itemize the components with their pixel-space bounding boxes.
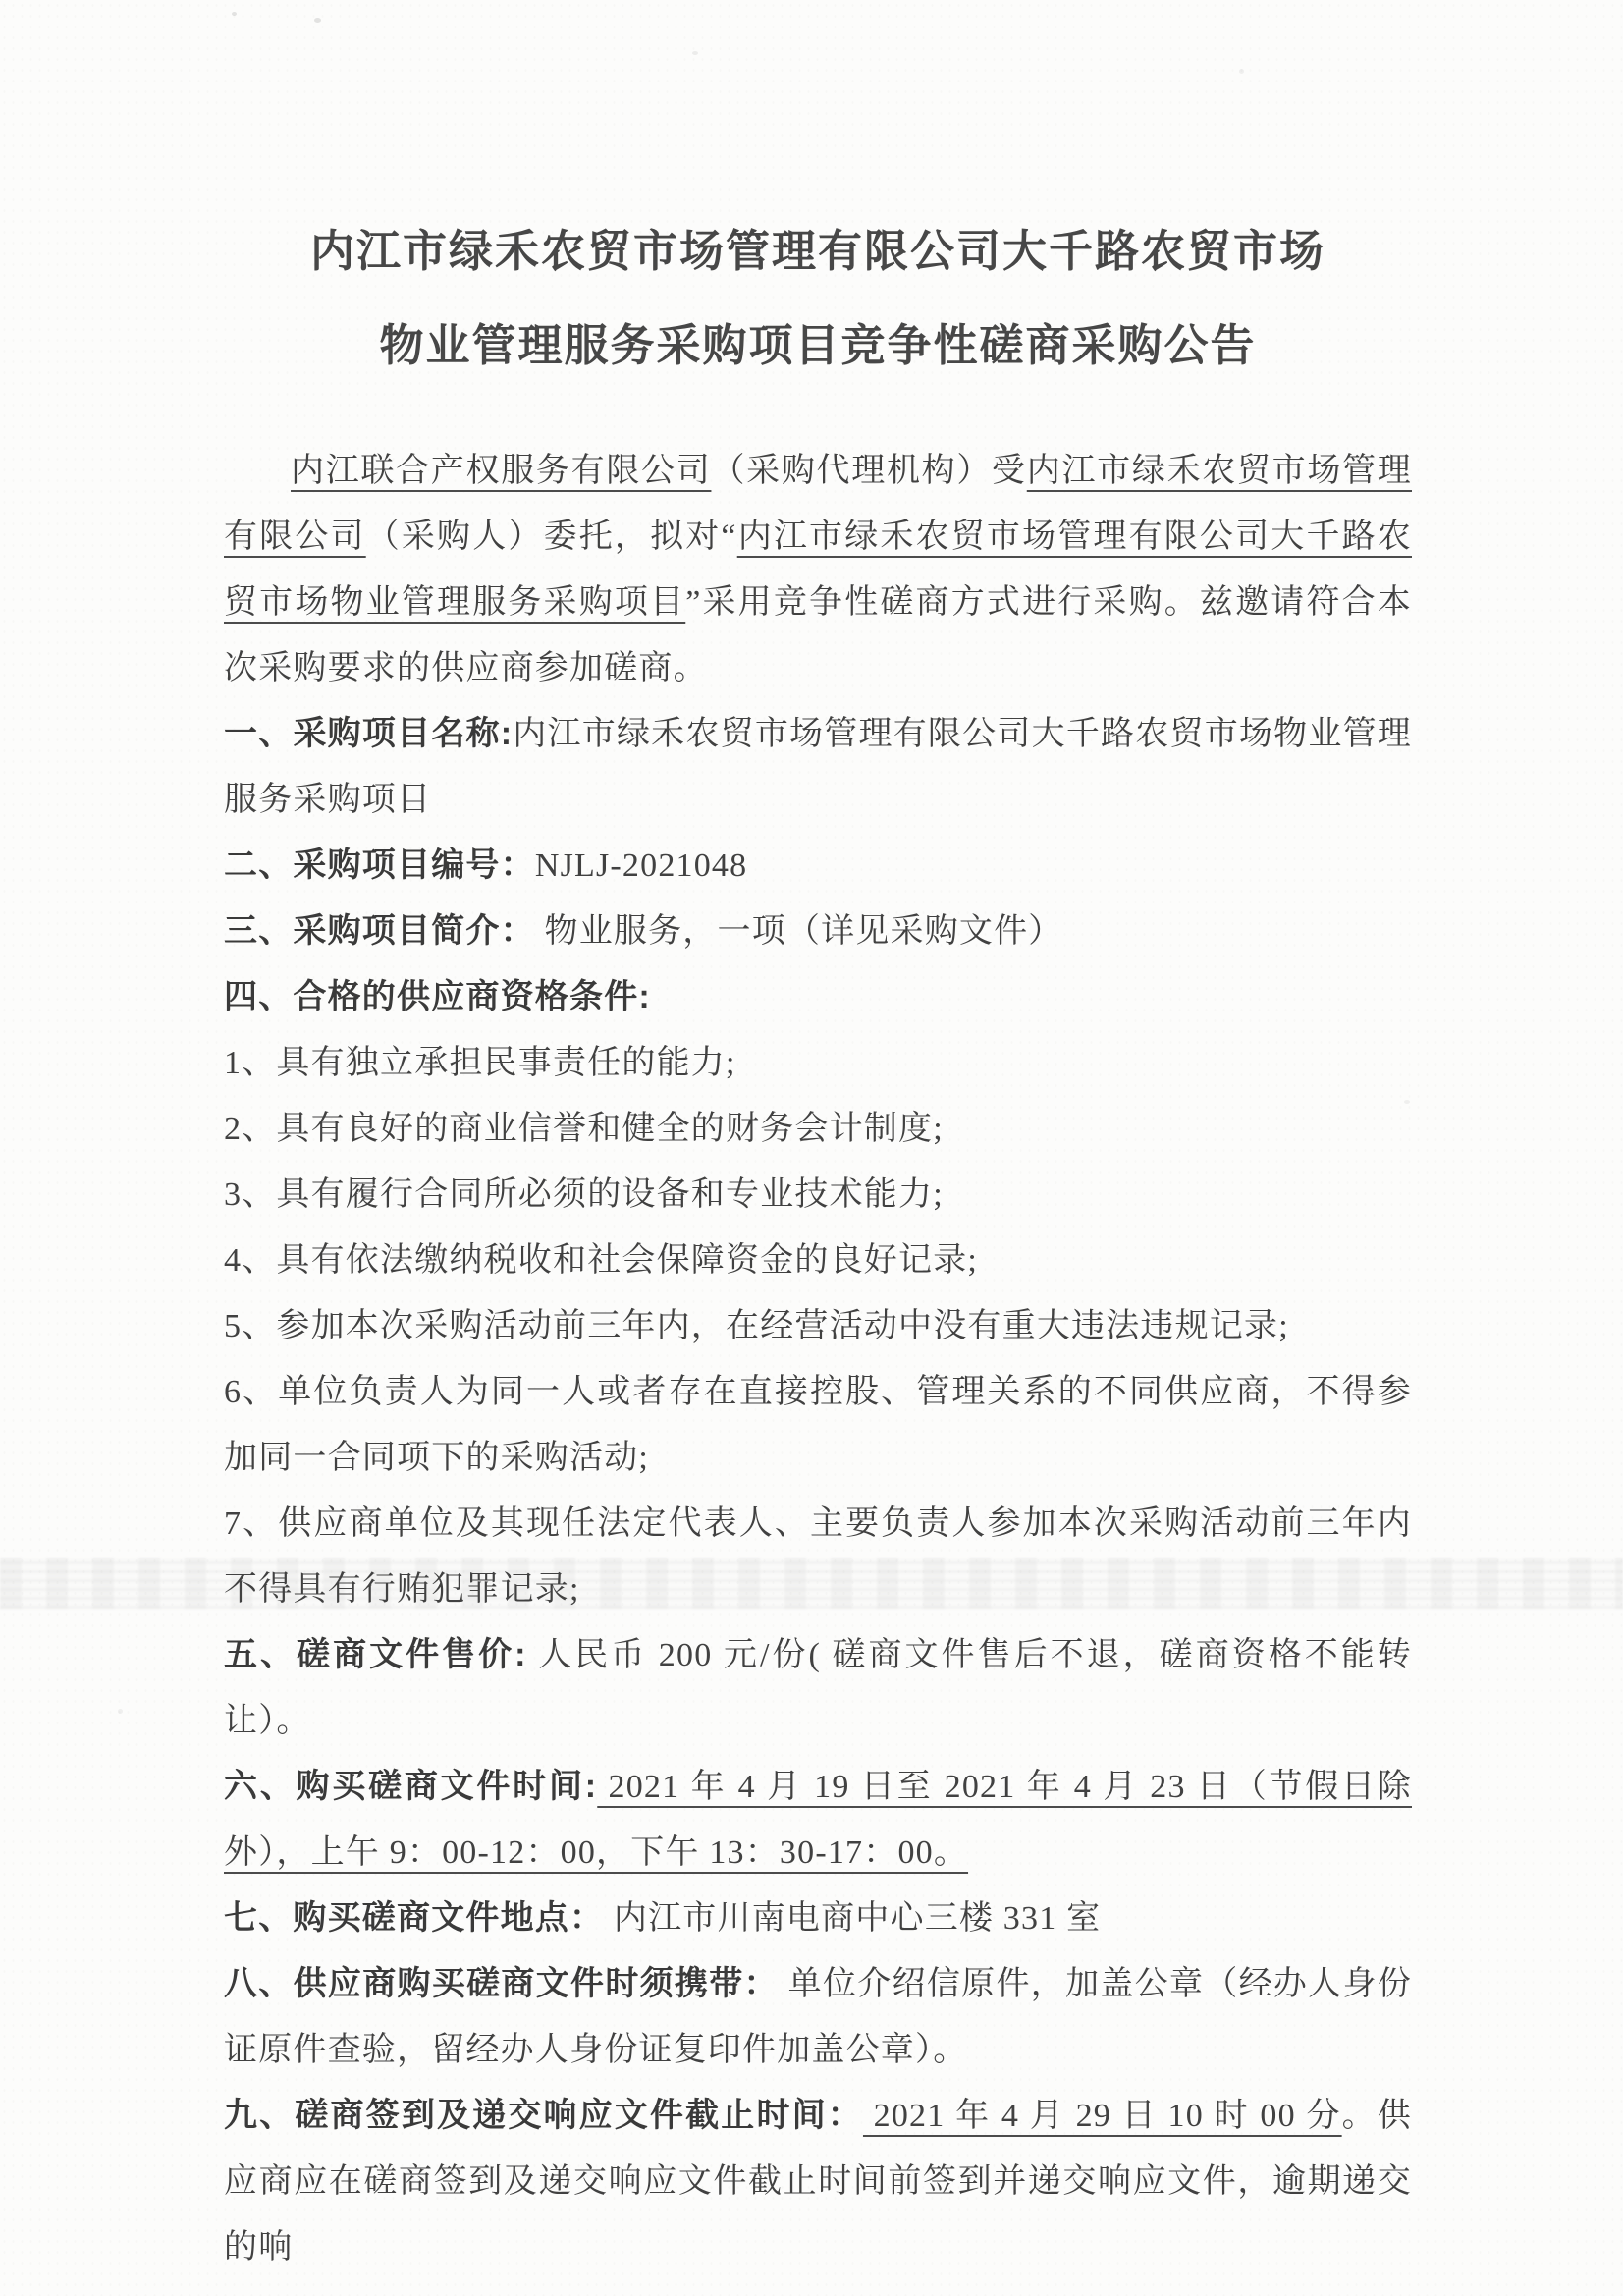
item-label: 七、购买磋商文件地点： <box>224 1899 604 1937</box>
agency-name: 内江联合产权服务有限公司 <box>291 453 711 489</box>
scanned-document-page: 内江市绿禾农贸市场管理有限公司大千路农贸市场 物业管理服务采购项目竞争性磋商采购… <box>0 0 1623 2296</box>
intro-text: （采购代理机构）受 <box>711 453 1026 489</box>
scan-speck <box>232 12 237 16</box>
deadline-value: 2021 年 4 月 29 日 10 时 00 分 <box>863 2098 1342 2134</box>
item-documents-to-bring: 八、供应商购买磋商文件时须携带： 单位介绍信原件，加盖公章（经办人身份证原件查验… <box>224 1951 1412 2083</box>
item-value: 物业服务，一项（详见采购文件） <box>535 913 1063 950</box>
item-purchase-place: 七、购买磋商文件地点： 内江市川南电商中心三楼 331 室 <box>224 1886 1412 1951</box>
intro-text: （采购人）委托，拟对“ <box>366 519 737 555</box>
condition-5: 5、参加本次采购活动前三年内，在经营活动中没有重大违法违规记录; <box>224 1293 1412 1359</box>
item-submission-deadline: 九、磋商签到及递交响应文件截止时间： 2021 年 4 月 29 日 10 时 … <box>224 2083 1412 2280</box>
document-content: 内江市绿禾农贸市场管理有限公司大千路农贸市场 物业管理服务采购项目竞争性磋商采购… <box>224 204 1412 2280</box>
item-label: 四、合格的供应商资格条件: <box>224 978 651 1015</box>
condition-6: 6、单位负责人为同一人或者存在直接控股、管理关系的不同供应商，不得参加同一合同项… <box>224 1359 1412 1491</box>
document-title-line2: 物业管理服务采购项目竞争性磋商采购公告 <box>224 299 1412 393</box>
item-label: 九、磋商签到及递交响应文件截止时间： <box>224 2097 863 2134</box>
item-label: 六、购买磋商文件时间: <box>224 1768 597 1805</box>
item-project-brief: 三、采购项目简介： 物业服务，一项（详见采购文件） <box>224 899 1412 964</box>
item-label: 三、采购项目简介： <box>224 912 535 950</box>
document-title-line1: 内江市绿禾农贸市场管理有限公司大千路农贸市场 <box>224 204 1412 299</box>
scan-speck <box>1239 69 1244 74</box>
item-project-number: 二、采购项目编号：NJLJ-2021048 <box>224 833 1412 899</box>
document-body: 内江联合产权服务有限公司（采购代理机构）受内江市绿禾农贸市场管理有限公司（采购人… <box>224 438 1412 2280</box>
item-label: 一、采购项目名称: <box>224 715 513 752</box>
scan-speck <box>692 51 698 55</box>
item-label: 二、采购项目编号： <box>224 847 535 884</box>
item-purchase-time: 六、购买磋商文件时间: 2021 年 4 月 19 日至 2021 年 4 月 … <box>224 1754 1412 1886</box>
condition-1: 1、具有独立承担民事责任的能力; <box>224 1030 1412 1096</box>
item-value: NJLJ-2021048 <box>535 847 748 884</box>
item-value: 内江市川南电商中心三楼 331 室 <box>604 1900 1101 1937</box>
scan-speck <box>118 1709 123 1714</box>
item-document-price: 五、磋商文件售价: 人民币 200 元/份( 磋商文件售后不退，磋商资格不能转让… <box>224 1622 1412 1754</box>
condition-4: 4、具有依法缴纳税收和社会保障资金的良好记录; <box>224 1228 1412 1293</box>
condition-7: 7、供应商单位及其现任法定代表人、主要负责人参加本次采购活动前三年内不得具有行贿… <box>224 1491 1412 1622</box>
scan-speck <box>314 18 321 23</box>
item-label: 五、磋商文件售价: <box>224 1636 527 1673</box>
item-label: 八、供应商购买磋商文件时须携带： <box>224 1965 779 2002</box>
intro-paragraph: 内江联合产权服务有限公司（采购代理机构）受内江市绿禾农贸市场管理有限公司（采购人… <box>224 438 1412 701</box>
condition-3: 3、具有履行合同所必须的设备和专业技术能力; <box>224 1162 1412 1228</box>
condition-2: 2、具有良好的商业信誉和健全的财务会计制度; <box>224 1096 1412 1162</box>
item-qualification-header: 四、合格的供应商资格条件: <box>224 964 1412 1030</box>
item-project-name: 一、采购项目名称:内江市绿禾农贸市场管理有限公司大千路农贸市场物业管理服务采购项… <box>224 701 1412 833</box>
